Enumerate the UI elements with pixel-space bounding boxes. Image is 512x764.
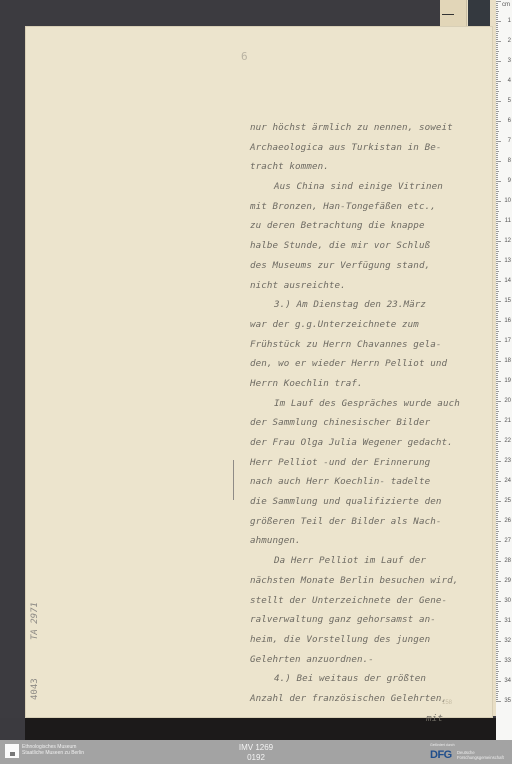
- ruler-tick: [496, 445, 498, 446]
- ruler-tick: [496, 169, 498, 170]
- ruler-tick: [496, 175, 498, 176]
- ruler-tick: [496, 37, 498, 38]
- ruler-tick: [496, 195, 498, 196]
- ruler-tick: [496, 597, 498, 598]
- ruler-tick: [496, 163, 498, 164]
- ruler-tick: [496, 603, 498, 604]
- ruler-tick: [496, 467, 498, 468]
- ruler-tick: [496, 131, 499, 132]
- ruler-tick: [496, 211, 499, 212]
- ruler-tick: [496, 85, 498, 86]
- ruler-tick: [496, 31, 499, 32]
- text-line: heim, die Vorstellung des jungen: [250, 630, 465, 650]
- ruler-tick: [496, 187, 498, 188]
- ruler-tick: [496, 575, 498, 576]
- ruler-tick: [496, 517, 498, 518]
- ruler-tick: [496, 91, 499, 92]
- page-stamp: 158: [442, 700, 452, 706]
- ruler-tick: [496, 279, 498, 280]
- ruler-tick: [496, 201, 501, 202]
- ruler-tick: [496, 491, 499, 492]
- ruler-tick: [496, 679, 498, 680]
- ruler-tick: [496, 559, 498, 560]
- ruler-tick: [496, 193, 498, 194]
- dark-tab: [468, 0, 490, 28]
- ruler-tick: [496, 63, 498, 64]
- text-line: tracht kommen.: [250, 157, 465, 177]
- ruler-tick: [496, 255, 498, 256]
- ruler-tick: [496, 405, 498, 406]
- text-line: der Sammlung chinesischer Bilder: [250, 413, 465, 433]
- ruler-tick: [496, 351, 499, 352]
- ruler-tick: [496, 105, 498, 106]
- page-number: 6: [241, 50, 248, 63]
- ruler-tick: [496, 109, 498, 110]
- ruler-tick: [496, 595, 498, 596]
- ruler-tick: [496, 139, 498, 140]
- ruler-tick: [496, 655, 498, 656]
- ruler-tick: [496, 523, 498, 524]
- ruler-tick: [496, 237, 498, 238]
- ruler-tick: [496, 5, 498, 6]
- ruler-tick: [496, 339, 498, 340]
- ruler-tick: [496, 611, 499, 612]
- text-line: halbe Stunde, die mir vor Schluß: [250, 236, 465, 256]
- ruler-tick: [496, 663, 498, 664]
- ruler-mark: 5: [508, 98, 511, 104]
- dfg-full-name: Deutsche Forschungsgemeinschaft: [457, 750, 504, 760]
- ruler-tick: [496, 369, 498, 370]
- ruler-tick: [496, 183, 498, 184]
- ruler-tick: [496, 451, 499, 452]
- ruler-tick: [496, 203, 498, 204]
- ruler-tick: [496, 419, 498, 420]
- ruler-tick: [496, 473, 498, 474]
- ruler-tick: [496, 657, 498, 658]
- ruler-tick: [496, 17, 498, 18]
- ruler-tick: [496, 617, 498, 618]
- ruler-tick: [496, 565, 498, 566]
- ruler-tick: [496, 33, 498, 34]
- ruler-tick: [496, 7, 498, 8]
- ruler-tick: [496, 563, 498, 564]
- ruler-tick: [496, 353, 498, 354]
- ruler-tick: [496, 213, 498, 214]
- ruler-tick: [496, 443, 498, 444]
- ruler-tick: [496, 465, 498, 466]
- text-line: nächsten Monate Berlin besuchen wird,: [250, 571, 465, 591]
- ruler-tick: [496, 479, 498, 480]
- ruler-tick: [496, 619, 498, 620]
- ruler-tick: [496, 691, 499, 692]
- ruler-tick: [496, 421, 501, 422]
- ruler-tick: [496, 1, 501, 2]
- ruler-tick: [496, 543, 498, 544]
- ruler-tick: [496, 157, 498, 158]
- ruler-tick: [496, 513, 498, 514]
- ruler-tick: [496, 185, 498, 186]
- ruler-mark: 22: [504, 438, 511, 444]
- ruler-tick: [496, 499, 498, 500]
- ruler-tick: [496, 267, 498, 268]
- ruler-tick: [496, 573, 498, 574]
- ruler-tick: [496, 685, 498, 686]
- ruler-tick: [496, 463, 498, 464]
- viewer-footer: Ethnologisches Museum Staatliche Museen …: [0, 740, 512, 764]
- ruler-tick: [496, 297, 498, 298]
- ruler-tick: [496, 89, 498, 90]
- ruler-tick: [496, 437, 498, 438]
- ruler-mark: 17: [504, 338, 511, 344]
- ruler-tick: [496, 257, 498, 258]
- dfg-name-line2: Forschungsgemeinschaft: [457, 755, 504, 760]
- ruler-tick: [496, 53, 498, 54]
- ruler-tick: [496, 173, 498, 174]
- ruler-tick: [496, 417, 498, 418]
- ruler-tick: [496, 607, 498, 608]
- ruler-tick: [496, 125, 498, 126]
- ruler-tick: [496, 503, 498, 504]
- ruler-tick: [496, 349, 498, 350]
- ruler-tick: [496, 247, 498, 248]
- ruler-tick: [496, 429, 498, 430]
- ruler-tick: [496, 577, 498, 578]
- ruler-tick: [496, 13, 498, 14]
- ruler-tick: [496, 273, 498, 274]
- ruler-tick: [496, 227, 498, 228]
- ruler-tick: [496, 115, 498, 116]
- ruler-tick: [496, 441, 501, 442]
- text-line: Gelehrten anzuordnen.-: [250, 650, 465, 670]
- ruler-mark: 18: [504, 358, 511, 364]
- ruler-tick: [496, 557, 498, 558]
- ruler-tick: [496, 343, 498, 344]
- ruler-tick: [496, 95, 498, 96]
- ruler-tick: [496, 235, 498, 236]
- ruler-tick: [496, 639, 498, 640]
- ruler-tick: [496, 155, 498, 156]
- ruler-tick: [496, 223, 498, 224]
- ruler-tick: [496, 319, 498, 320]
- dfg-mark: DFG: [430, 749, 452, 761]
- ruler-tick: [496, 263, 498, 264]
- ruler-tick: [496, 541, 501, 542]
- ruler-mark: 4: [508, 78, 511, 84]
- ruler-tick: [496, 43, 498, 44]
- text-line: nicht ausreichte.: [250, 276, 465, 296]
- ruler-tick: [496, 229, 498, 230]
- ruler-tick: [496, 355, 498, 356]
- ruler-tick: [496, 593, 498, 594]
- ruler-tick: [496, 315, 498, 316]
- ruler-tick: [496, 591, 499, 592]
- text-line: Herrn Koechlin traf.: [250, 374, 465, 394]
- ruler-tick: [496, 375, 498, 376]
- ruler-tick: [496, 205, 498, 206]
- ruler-tick: [496, 335, 498, 336]
- ruler-tick: [496, 391, 499, 392]
- text-line: Frühstück zu Herrn Chavannes gela-: [250, 335, 465, 355]
- ruler-tick: [496, 583, 498, 584]
- text-line: die Sammlung und qualifizierte den: [250, 492, 465, 512]
- ruler-tick: [496, 151, 499, 152]
- ruler-tick: [496, 41, 501, 42]
- ruler-tick: [496, 77, 498, 78]
- ruler-tick: [496, 689, 498, 690]
- ruler-tick: [496, 373, 498, 374]
- ruler-tick: [496, 219, 498, 220]
- ruler-tick: [496, 625, 498, 626]
- ruler-tick: [496, 371, 499, 372]
- ruler-tick: [496, 305, 498, 306]
- ruler-mark: 20: [504, 398, 511, 404]
- ruler-tick: [496, 153, 498, 154]
- ruler-tick: [496, 681, 501, 682]
- ruler-tick: [496, 511, 499, 512]
- ruler-tick: [496, 387, 498, 388]
- ruler-tick: [496, 561, 501, 562]
- ruler-tick: [496, 667, 498, 668]
- ruler-tick: [496, 497, 498, 498]
- ruler-mark: 12: [504, 238, 511, 244]
- ruler-mark: 30: [504, 598, 511, 604]
- ruler-tick: [496, 121, 501, 122]
- margin-annotation: TA 2971: [30, 602, 40, 640]
- ruler-tick: [496, 433, 498, 434]
- ruler-tick: [496, 233, 498, 234]
- ruler-tick: [496, 293, 498, 294]
- ruler-tick: [496, 261, 501, 262]
- ruler-tick: [496, 553, 498, 554]
- text-line: des Museums zur Verfügung stand,: [250, 256, 465, 276]
- ruler-tick: [496, 601, 501, 602]
- ruler-tick: [496, 367, 498, 368]
- text-line: ralverwaltung ganz gehorsamst an-: [250, 610, 465, 630]
- ruler-tick: [496, 645, 498, 646]
- ruler-tick: [496, 177, 498, 178]
- ruler-tick: [496, 403, 498, 404]
- ruler-tick: [496, 483, 498, 484]
- ruler-mark: 28: [504, 558, 511, 564]
- ruler-tick: [496, 545, 498, 546]
- ruler-tick: [496, 81, 501, 82]
- ruler-tick: [496, 537, 498, 538]
- ruler-tick: [496, 525, 498, 526]
- ruler-tick: [496, 551, 499, 552]
- ruler-tick: [496, 527, 498, 528]
- ruler-tick: [496, 415, 498, 416]
- ruler-tick: [496, 39, 498, 40]
- ruler-tick: [496, 675, 498, 676]
- ruler-tick: [496, 399, 498, 400]
- text-line: ahmungen.: [250, 531, 465, 551]
- ruler-tick: [496, 317, 498, 318]
- ruler-tick: [496, 571, 499, 572]
- ruler-tick: [496, 225, 498, 226]
- ruler-tick: [496, 697, 498, 698]
- ruler-tick: [496, 75, 498, 76]
- ruler-tick: [496, 27, 498, 28]
- ruler-tick: [496, 325, 498, 326]
- ruler-tick: [496, 501, 501, 502]
- ruler-tick: [496, 649, 498, 650]
- ruler-tick: [496, 269, 498, 270]
- ruler-mark: 3: [508, 58, 511, 64]
- ruler-tick: [496, 29, 498, 30]
- ruler-tick: [496, 393, 498, 394]
- ruler-tick: [496, 363, 498, 364]
- ruler-mark: 7: [508, 138, 511, 144]
- ruler-tick: [496, 161, 501, 162]
- ruler-tick: [496, 3, 498, 4]
- ruler-tick: [496, 19, 498, 20]
- ruler-tick: [496, 271, 499, 272]
- ruler-tick: [496, 259, 498, 260]
- funded-by-label: Gefördert durch: [430, 743, 455, 747]
- ruler-tick: [496, 79, 498, 80]
- ruler-tick: [496, 599, 498, 600]
- ruler-tick: [496, 377, 498, 378]
- ruler-tick: [496, 651, 499, 652]
- ruler-tick: [496, 637, 498, 638]
- ruler-tick: [496, 83, 498, 84]
- ruler-tick: [496, 47, 498, 48]
- ruler-tick: [496, 475, 498, 476]
- ruler-tick: [496, 191, 499, 192]
- ruler-tick: [496, 21, 501, 22]
- ruler-mark: 27: [504, 538, 511, 544]
- ruler-tick: [496, 117, 498, 118]
- ruler-tick: [496, 65, 498, 66]
- ruler-tick: [496, 9, 498, 10]
- ruler-tick: [496, 69, 498, 70]
- ruler-tick: [496, 231, 499, 232]
- ruler-tick: [496, 137, 498, 138]
- ruler-tick: [496, 485, 498, 486]
- ruler-tick: [496, 555, 498, 556]
- text-line: 3.) Am Dienstag den 23.März: [250, 295, 465, 315]
- ruler-tick: [496, 507, 498, 508]
- ruler-tick: [496, 397, 498, 398]
- cm-ruler: cm 1234567891011121314151617181920212223…: [496, 0, 512, 740]
- ruler-tick: [496, 531, 499, 532]
- ruler-tick: [496, 435, 498, 436]
- ruler-tick: [496, 567, 498, 568]
- ruler-tick: [496, 411, 499, 412]
- ruler-mark: 2: [508, 38, 511, 44]
- ruler-tick: [496, 477, 498, 478]
- ruler-tick: [496, 59, 498, 60]
- typed-text-body: nur höchst ärmlich zu nennen, soweitArch…: [250, 118, 465, 728]
- ruler-tick: [496, 629, 498, 630]
- ruler-tick: [496, 635, 498, 636]
- ruler-tick: [496, 239, 498, 240]
- ruler-tick: [496, 345, 498, 346]
- ruler-tick: [496, 45, 498, 46]
- ruler-tick: [496, 609, 498, 610]
- ruler-tick: [496, 189, 498, 190]
- ruler-tick: [496, 149, 498, 150]
- ruler-tick: [496, 249, 498, 250]
- ruler-tick: [496, 179, 498, 180]
- ruler-tick: [496, 143, 498, 144]
- ruler-tick: [496, 171, 499, 172]
- ruler-tick: [496, 331, 499, 332]
- ruler-tick: [496, 11, 499, 12]
- ruler-tick: [496, 589, 498, 590]
- text-line: größeren Teil der Bilder als Nach-: [250, 512, 465, 532]
- ruler-tick: [496, 289, 498, 290]
- ruler-tick: [496, 207, 498, 208]
- ruler-tick: [496, 647, 498, 648]
- ruler-tick: [496, 615, 498, 616]
- ruler-tick: [496, 515, 498, 516]
- ruler-tick: [496, 633, 498, 634]
- text-line: nach auch Herr Koechlin- tadelte: [250, 472, 465, 492]
- ruler-tick: [496, 167, 498, 168]
- ruler-tick: [496, 547, 498, 548]
- ruler-tick: [496, 383, 498, 384]
- ruler-tick: [496, 97, 498, 98]
- ruler-mark: 24: [504, 478, 511, 484]
- back-sheet-edge: [440, 0, 467, 26]
- ruler-tick: [496, 245, 498, 246]
- text-line: Aus China sind einige Vitrinen: [250, 177, 465, 197]
- dfg-logo: Gefördert durch DFG Deutsche Forschungsg…: [430, 743, 510, 763]
- ruler-tick: [496, 57, 498, 58]
- ruler-tick: [496, 493, 498, 494]
- ruler-mark: 29: [504, 578, 511, 584]
- ruler-mark: 26: [504, 518, 511, 524]
- ruler-tick: [496, 123, 498, 124]
- ruler-tick: [496, 687, 498, 688]
- ruler-tick: [496, 613, 498, 614]
- text-line: nur höchst ärmlich zu nennen, soweit: [250, 118, 465, 138]
- ruler-tick: [496, 457, 498, 458]
- ruler-tick: [496, 549, 498, 550]
- ruler-tick: [496, 285, 498, 286]
- ruler-tick: [496, 35, 498, 36]
- ruler-tick: [496, 661, 501, 662]
- ruler-tick: [496, 425, 498, 426]
- ruler-tick: [496, 659, 498, 660]
- ruler-tick: [496, 67, 498, 68]
- text-line: zu deren Betrachtung die knappe: [250, 216, 465, 236]
- text-line: Da Herr Pelliot im Lauf der: [250, 551, 465, 571]
- ruler-tick: [496, 101, 501, 102]
- ruler-tick: [496, 291, 499, 292]
- ruler-tick: [496, 585, 498, 586]
- ruler-tick: [496, 695, 498, 696]
- ruler-tick: [496, 487, 498, 488]
- ruler-tick: [496, 243, 498, 244]
- ruler-tick: [496, 251, 499, 252]
- ruler-tick: [496, 471, 499, 472]
- ruler-tick: [496, 87, 498, 88]
- ruler-unit: cm: [502, 2, 510, 8]
- ruler-tick: [496, 539, 498, 540]
- ruler-mark: 1: [508, 18, 511, 24]
- ruler-tick: [496, 395, 498, 396]
- ruler-tick: [496, 107, 498, 108]
- ruler-tick: [496, 49, 498, 50]
- ruler-tick: [496, 73, 498, 74]
- ruler-mark: 6: [508, 118, 511, 124]
- text-line: der Frau Olga Julia Wegener gedacht.: [250, 433, 465, 453]
- ruler-tick: [496, 111, 499, 112]
- ruler-tick: [496, 51, 499, 52]
- text-line: stellt der Unterzeichnete der Gene-: [250, 591, 465, 611]
